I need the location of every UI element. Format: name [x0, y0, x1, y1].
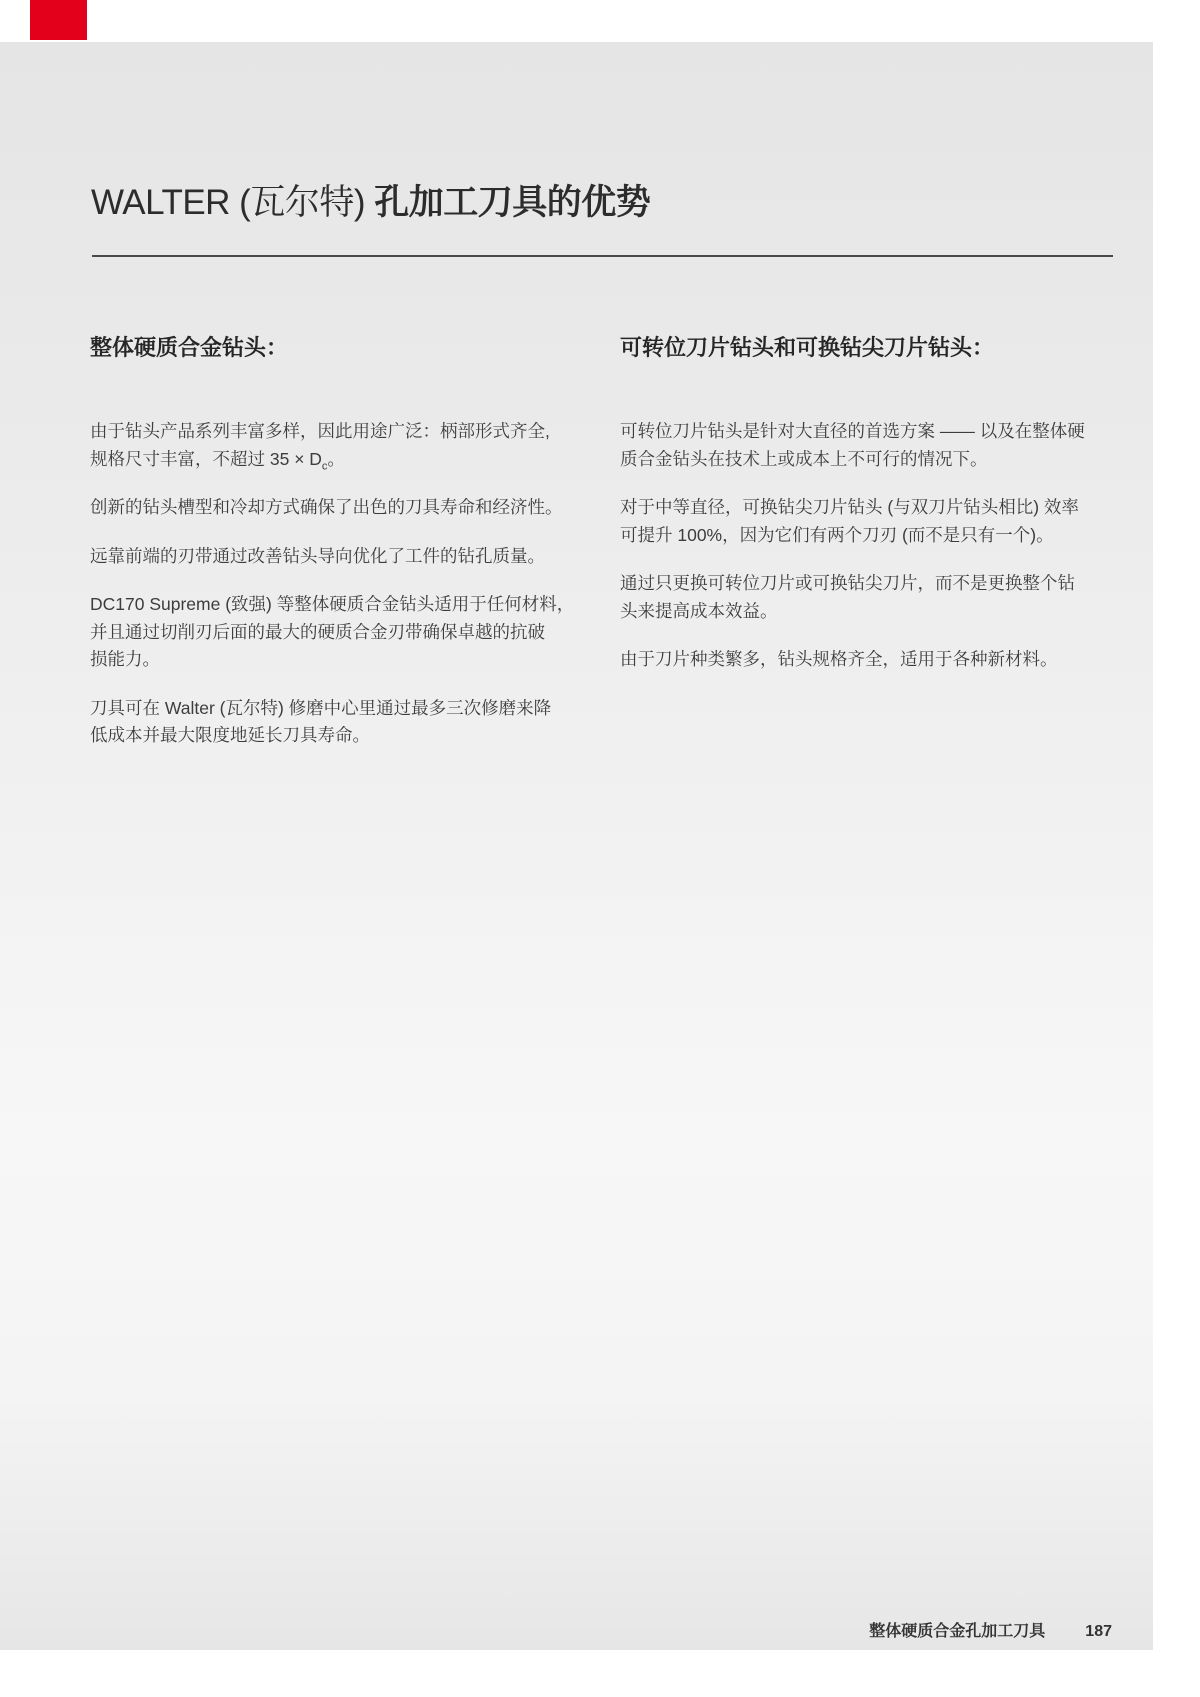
section-color-tab: [30, 0, 87, 40]
paragraph: 由于钻头产品系列丰富多样，因此用途广泛：柄部形式齐全, 规格尺寸丰富，不超过 3…: [90, 418, 590, 473]
left-column-heading: 整体硬质合金钻头：: [90, 335, 590, 361]
paragraph: 远靠前端的刃带通过改善钻头导向优化了工件的钻孔质量。: [90, 543, 590, 571]
paragraph: 可转位刀片钻头是针对大直径的首选方案 —— 以及在整体硬 质合金钻头在技术上或成…: [620, 418, 1120, 473]
left-column-body: 由于钻头产品系列丰富多样，因此用途广泛：柄部形式齐全, 规格尺寸丰富，不超过 3…: [90, 418, 590, 750]
right-column-heading: 可转位刀片钻头和可换钻尖刀片钻头：: [620, 335, 1120, 361]
title-divider: [92, 255, 1113, 257]
paragraph: 由于刀片种类繁多，钻头规格齐全，适用于各种新材料。: [620, 646, 1120, 674]
page-background: [0, 42, 1153, 1650]
catalog-page: WALTER (瓦尔特) 孔加工刀具的优势 整体硬质合金钻头： 由于钻头产品系列…: [0, 0, 1200, 1697]
paragraph: DC170 Supreme (致强) 等整体硬质合金钻头适用于任何材料， 并且通…: [90, 591, 590, 674]
footer-page-number: 187: [1085, 1623, 1112, 1641]
page-footer: 整体硬质合金孔加工刀具 187: [869, 1618, 1112, 1641]
paragraph-text: 。: [327, 449, 345, 469]
paragraph-text: 由于钻头产品系列丰富多样，因此用途广泛：柄部形式齐全, 规格尺寸丰富，不超过 3…: [90, 421, 550, 469]
paragraph: 创新的钻头槽型和冷却方式确保了出色的刀具寿命和经济性。: [90, 494, 590, 522]
right-column: 可转位刀片钻头和可换钻尖刀片钻头： 可转位刀片钻头是针对大直径的首选方案 —— …: [620, 335, 1120, 695]
left-column: 整体硬质合金钻头： 由于钻头产品系列丰富多样，因此用途广泛：柄部形式齐全, 规格…: [90, 335, 590, 771]
paragraph: 通过只更换可转位刀片或可换钻尖刀片，而不是更换整个钻 头来提高成本效益。: [620, 570, 1120, 625]
page-title: WALTER (瓦尔特) 孔加工刀具的优势: [91, 183, 650, 223]
paragraph: 刀具可在 Walter (瓦尔特) 修磨中心里通过最多三次修磨来降 低成本并最大…: [90, 695, 590, 750]
footer-section-label: 整体硬质合金孔加工刀具: [869, 1618, 1045, 1641]
right-column-body: 可转位刀片钻头是针对大直径的首选方案 —— 以及在整体硬 质合金钻头在技术上或成…: [620, 418, 1120, 674]
title-brand: WALTER (瓦尔特): [91, 183, 374, 222]
paragraph: 对于中等直径，可换钻尖刀片钻头 (与双刀片钻头相比) 效率 可提升 100%，因…: [620, 494, 1120, 549]
title-emphasis: 孔加工刀具的优势: [374, 183, 650, 222]
